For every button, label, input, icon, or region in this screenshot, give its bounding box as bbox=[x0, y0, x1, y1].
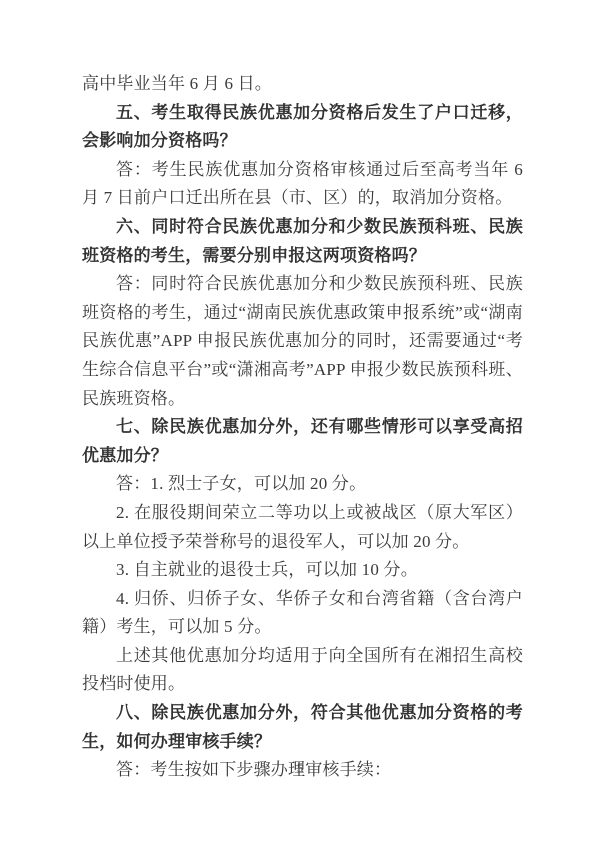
answer-paragraph: 2. 在服役期间荣立二等功以上或被战区（原大军区）以上单位授予荣誉称号的退役军人… bbox=[82, 499, 523, 556]
answer-paragraph: 高中毕业当年 6 月 6 日。 bbox=[82, 70, 523, 99]
answer-paragraph: 答：1. 烈士子女，可以加 20 分。 bbox=[82, 470, 523, 499]
question-heading: 六、同时符合民族优惠加分和少数民族预科班、民族班资格的考生，需要分别申报这两项资… bbox=[82, 213, 523, 270]
answer-paragraph: 上述其他优惠加分均适用于向全国所有在湘招生高校投档时使用。 bbox=[82, 642, 523, 699]
question-heading: 五、考生取得民族优惠加分资格后发生了户口迁移，会影响加分资格吗？ bbox=[82, 99, 523, 156]
answer-paragraph: 3. 自主就业的退役士兵，可以加 10 分。 bbox=[82, 556, 523, 585]
answer-paragraph: 4. 归侨、归侨子女、华侨子女和台湾省籍（含台湾户籍）考生，可以加 5 分。 bbox=[82, 585, 523, 642]
question-heading: 七、除民族优惠加分外，还有哪些情形可以享受高招优惠加分？ bbox=[82, 413, 523, 470]
page-number: 5 bbox=[0, 761, 600, 776]
answer-paragraph: 答：考生民族优惠加分资格审核通过后至高考当年 6 月 7 日前户口迁出所在县（市… bbox=[82, 156, 523, 213]
answer-paragraph: 答：同时符合民族优惠加分和少数民族预科班、民族班资格的考生，通过“湖南民族优惠政… bbox=[82, 270, 523, 413]
document-page: 高中毕业当年 6 月 6 日。五、考生取得民族优惠加分资格后发生了户口迁移，会影… bbox=[0, 0, 600, 848]
question-heading: 八、除民族优惠加分外，符合其他优惠加分资格的考生，如何办理审核手续？ bbox=[82, 699, 523, 756]
document-body: 高中毕业当年 6 月 6 日。五、考生取得民族优惠加分资格后发生了户口迁移，会影… bbox=[82, 70, 523, 785]
